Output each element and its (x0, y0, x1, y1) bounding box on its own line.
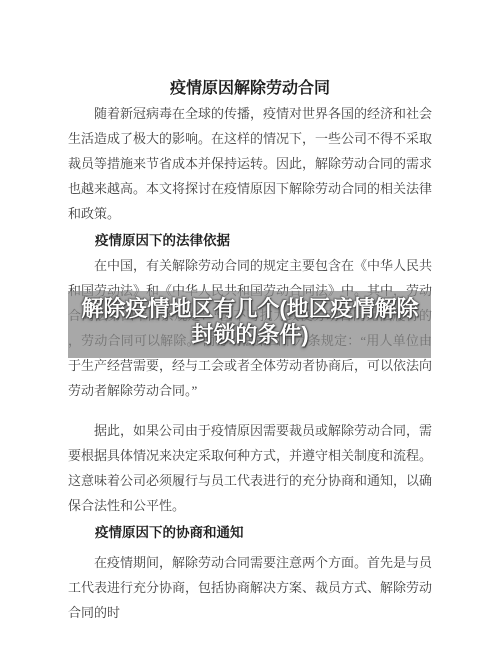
paragraph-intro: 随着新冠病毒在全球的传播，疫情对世界各国的经济和社会生活造成了极大的影响。在这样… (68, 101, 432, 226)
document-view: 疫情原因解除劳动合同 随着新冠病毒在全球的传播，疫情对世界各国的经济和社会生活造… (0, 0, 500, 647)
article-title: 疫情原因解除劳动合同 (68, 76, 432, 101)
paragraph-consultation: 在疫情期间，解除劳动合同需要注意两个方面。首先是与员工代表进行充分协商，包括协商… (68, 550, 432, 625)
heading-consultation: 疫情原因下的协商和通知 (68, 520, 432, 545)
watermark-caption: 解除疫情地区有几个(地区疫情解除封锁的条件) (72, 296, 428, 348)
heading-legal-basis: 疫情原因下的法律依据 (68, 228, 432, 253)
paragraph-implication: 据此，如果公司由于疫情原因需要裁员或解除劳动合同，需要根据具体情况来决定采取何种… (68, 418, 432, 518)
